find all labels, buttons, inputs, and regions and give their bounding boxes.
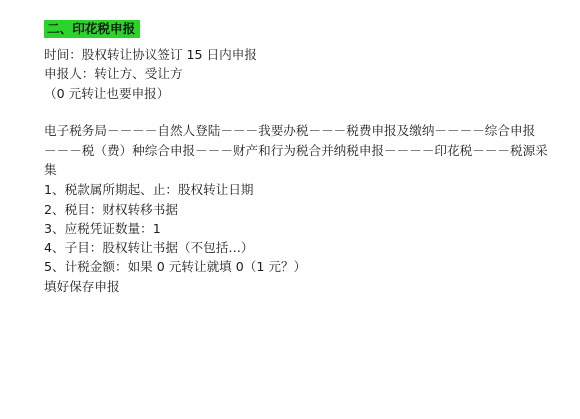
- step-item-5: 5、计税金额：如果 0 元转让就填 0（1 元？）: [44, 257, 580, 276]
- blank-line: [44, 103, 580, 121]
- steps-list: 1、税款属所期起、止：股权转让日期 2、税目：财权转移书据 3、应税凭证数量：1…: [44, 180, 580, 276]
- zero-transfer-note: （0 元转让也要申报）: [44, 84, 580, 103]
- path-line-3: 集: [44, 160, 580, 180]
- intro-block: 时间：股权转让协议签订 15 日内申报 申报人：转让方、受让方 （0 元转让也要…: [44, 45, 580, 103]
- deadline-line: 时间：股权转让协议签订 15 日内申报: [44, 45, 580, 64]
- path-line-2: －－－税（费）种综合申报－－－财产和行为税合并纳税申报－－－－印花税－－－税源采: [44, 141, 580, 161]
- path-line-1: 电子税务局－－－－自然人登陆－－－我要办税－－－税费申报及缴纳－－－－综合申报: [44, 121, 580, 141]
- closing-line: 填好保存申报: [44, 277, 580, 296]
- document-page: 二、印花税申报 时间：股权转让协议签订 15 日内申报 申报人：转让方、受让方 …: [0, 0, 580, 419]
- step-item-4: 4、子目：股权转让书据（不包括…）: [44, 238, 580, 257]
- step-item-2: 2、税目：财权转移书据: [44, 200, 580, 219]
- efiling-path-paragraph: 电子税务局－－－－自然人登陆－－－我要办税－－－税费申报及缴纳－－－－综合申报 …: [44, 121, 580, 180]
- filers-line: 申报人：转让方、受让方: [44, 64, 580, 83]
- step-item-1: 1、税款属所期起、止：股权转让日期: [44, 180, 580, 199]
- step-item-3: 3、应税凭证数量：1: [44, 219, 580, 238]
- section-heading: 二、印花税申报: [44, 20, 140, 38]
